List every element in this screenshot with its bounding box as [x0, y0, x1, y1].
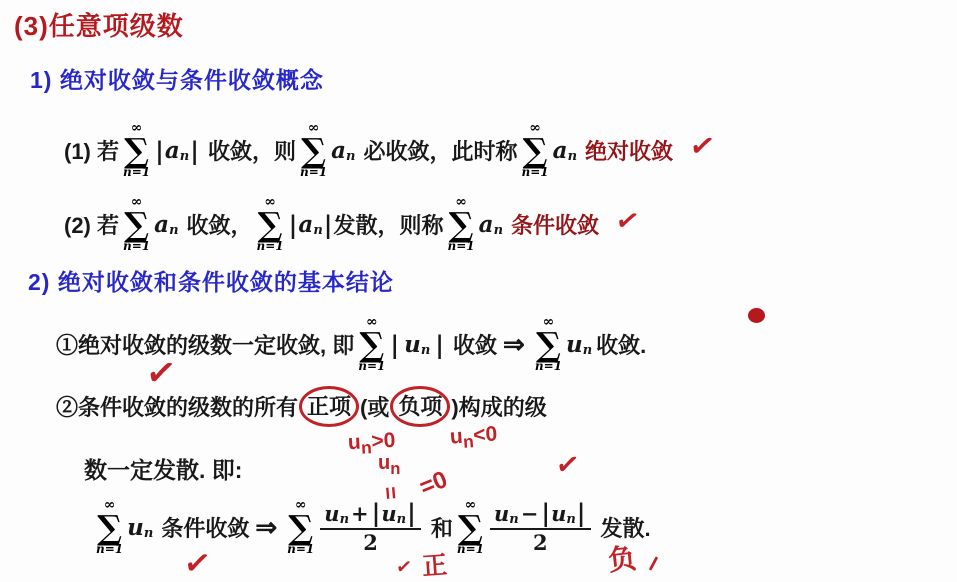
abs-bar: | — [540, 501, 551, 525]
page-title: (3)任意项级数 — [14, 6, 184, 43]
hw-var-u: u — [378, 452, 390, 474]
and-text: 和 — [431, 512, 453, 543]
sum-lower-bound: n=1 — [287, 543, 314, 556]
var-a: a — [553, 137, 568, 164]
abs-bar: | — [434, 330, 445, 359]
sum-lower-bound: n=1 — [535, 360, 562, 373]
statement-1-text3: 必收敛，此时称 — [364, 135, 518, 166]
sub-n: n — [583, 343, 592, 358]
summation-symbol: ∞ ∑ n=1 — [123, 121, 150, 180]
sub-n: n — [568, 149, 577, 164]
summation-symbol: ∞ ∑ n=1 — [457, 498, 484, 557]
sub-n: n — [180, 149, 189, 164]
conditionally-convergent-text: 条件收敛 — [161, 512, 249, 543]
conclusion-2-text3: )构成的级 — [451, 391, 546, 422]
conclusion-1: ①绝对收敛的级数一定收敛, 即 ∞ ∑ n=1 | un | 收敛 ⇒ ∞ ∑ … — [56, 303, 646, 385]
sub-n: n — [509, 513, 518, 526]
abs-bar: | — [389, 330, 400, 359]
abs-bar: | — [576, 501, 587, 525]
implies-arrow: ⇒ — [255, 512, 277, 543]
hw-sub-n: n — [390, 459, 400, 478]
handwritten-un-negative: un<0 — [449, 422, 498, 453]
sub-n: n — [421, 343, 430, 358]
var-a: a — [298, 211, 313, 238]
sigma-glyph: ∑ — [449, 209, 474, 240]
hw-lt-zero: <0 — [473, 422, 498, 447]
var-a: a — [479, 211, 494, 238]
statement-1: (1) 若 ∞ ∑ n=1 |an| 收敛，则 ∞ ∑ n=1 an 必收敛，此… — [64, 110, 714, 190]
var-u: u — [324, 503, 339, 524]
conclusion-1-text3: 收敛. — [596, 329, 646, 360]
sub-n: n — [144, 526, 153, 541]
conclusion-2-text2: (或 — [360, 391, 389, 422]
abs-bar: | — [154, 136, 165, 165]
statement-2-text3: 发散，则称 — [334, 209, 444, 240]
sub-n: n — [169, 223, 178, 238]
checkmark-annotation: ✓ — [394, 555, 413, 580]
summation-symbol: ∞ ∑ n=1 — [535, 315, 562, 374]
conclusion-1-text2: 收敛 — [453, 329, 497, 360]
sub-n: n — [566, 513, 575, 526]
lecture-slide: (3)任意项级数 1) 绝对收敛与条件收敛概念 (1) 若 ∞ ∑ n=1 |a… — [0, 0, 957, 582]
var-u: u — [494, 503, 509, 524]
var-u: u — [404, 331, 421, 358]
sigma-glyph: ∑ — [458, 512, 483, 543]
conclusion-2-continuation: 数一定发散. 即: — [84, 452, 242, 485]
abs-bar: | — [288, 210, 299, 239]
hw-var-u: u — [449, 425, 463, 449]
sum-lower-bound: n=1 — [448, 240, 475, 253]
sum-lower-bound: n=1 — [457, 543, 484, 556]
hw-var-u: u — [347, 431, 361, 455]
red-circle-annotation: 正项 — [299, 386, 359, 427]
summation-symbol: ∞ ∑ n=1 — [300, 121, 327, 180]
summation-symbol: ∞ ∑ n=1 — [287, 498, 314, 557]
conclusion-2-text1: ②条件收敛的级数的所有 — [56, 391, 298, 422]
checkmark-annotation: ✓ — [181, 542, 213, 582]
positive-part-fraction: un + |un| 2 — [320, 501, 421, 553]
sum-lower-bound: n=1 — [358, 360, 385, 373]
denominator-two: 2 — [363, 530, 378, 553]
checkmark-annotation: ✓ — [613, 202, 643, 239]
sub-n: n — [340, 513, 349, 526]
sigma-glyph: ∑ — [536, 329, 561, 360]
sigma-glyph: ∑ — [124, 209, 149, 240]
statement-1-text2: 收敛，则 — [208, 135, 296, 166]
summation-symbol: ∞ ∑ n=1 — [522, 121, 549, 180]
denominator-two: 2 — [533, 530, 548, 553]
var-u: u — [551, 503, 566, 524]
sigma-glyph: ∑ — [301, 135, 326, 166]
sigma-glyph: ∑ — [124, 135, 149, 166]
sum-lower-bound: n=1 — [123, 166, 150, 179]
summation-symbol: ∞ ∑ n=1 — [448, 195, 475, 254]
var-u: u — [566, 331, 583, 358]
sub-n: n — [313, 223, 322, 238]
section2-heading: 2) 绝对收敛和条件收敛的基本结论 — [28, 264, 394, 297]
negative-terms-label: 负项 — [398, 394, 442, 419]
var-a: a — [165, 137, 180, 164]
var-a: a — [331, 137, 346, 164]
negative-part-fraction: un − |un| 2 — [490, 501, 591, 553]
var-u: u — [127, 514, 144, 541]
handwritten-un: un — [378, 452, 400, 479]
absolute-convergence-label: 绝对收敛 — [585, 135, 673, 166]
red-dot-annotation — [748, 308, 765, 323]
sigma-glyph: ∑ — [97, 512, 122, 543]
hw-gt-zero: >0 — [371, 429, 396, 453]
var-a: a — [154, 211, 169, 238]
sum-lower-bound: n=1 — [300, 166, 327, 179]
conclusion-2-formula: ∞ ∑ n=1 un 条件收敛 ⇒ ∞ ∑ n=1 un + |un| 2 和 … — [92, 486, 651, 568]
abs-bar: | — [189, 136, 200, 165]
minus-sign: − — [519, 503, 541, 524]
sub-n: n — [346, 149, 355, 164]
summation-symbol: ∞ ∑ n=1 — [123, 195, 150, 254]
statement-2-prefix: (2) 若 — [64, 209, 119, 240]
checkmark-annotation: ✓ — [554, 447, 582, 483]
sub-n: n — [494, 223, 503, 238]
statement-1-prefix: (1) 若 — [64, 135, 119, 166]
conditional-convergence-label: 条件收敛 — [511, 209, 599, 240]
conclusion-2: ②条件收敛的级数的所有 正项 (或 负项 )构成的级 — [56, 386, 547, 427]
sum-lower-bound: n=1 — [96, 543, 123, 556]
plus-sign: + — [349, 503, 371, 524]
sum-lower-bound: n=1 — [123, 240, 150, 253]
handwritten-negative-char: 负 — [606, 537, 638, 580]
var-u: u — [381, 503, 396, 524]
summation-symbol: ∞ ∑ n=1 — [257, 195, 284, 254]
sum-lower-bound: n=1 — [522, 166, 549, 179]
summation-symbol: ∞ ∑ n=1 — [96, 498, 123, 557]
sum-lower-bound: n=1 — [257, 240, 284, 253]
positive-terms-label: 正项 — [307, 394, 351, 419]
statement-2: (2) 若 ∞ ∑ n=1 an 收敛， ∞ ∑ n=1 |an| 发散，则称 … — [64, 186, 639, 262]
sub-n: n — [397, 513, 406, 526]
abs-bar: | — [406, 501, 417, 525]
statement-2-text2: 收敛， — [187, 209, 253, 240]
conclusion-1-text1: ①绝对收敛的级数一定收敛, 即 — [56, 329, 354, 360]
sigma-glyph: ∑ — [288, 512, 313, 543]
sigma-glyph: ∑ — [359, 329, 384, 360]
implies-arrow: ⇒ — [503, 329, 525, 360]
red-circle-annotation: 负项 — [390, 386, 450, 427]
abs-bar: | — [323, 210, 334, 239]
summation-symbol: ∞ ∑ n=1 — [358, 315, 385, 374]
abs-bar: | — [371, 501, 382, 525]
sigma-glyph: ∑ — [258, 209, 283, 240]
section1-heading: 1) 绝对收敛与条件收敛概念 — [30, 62, 324, 95]
handwritten-positive-char: 正 — [421, 545, 448, 582]
sigma-glyph: ∑ — [523, 135, 548, 166]
checkmark-annotation: ✓ — [687, 127, 718, 166]
